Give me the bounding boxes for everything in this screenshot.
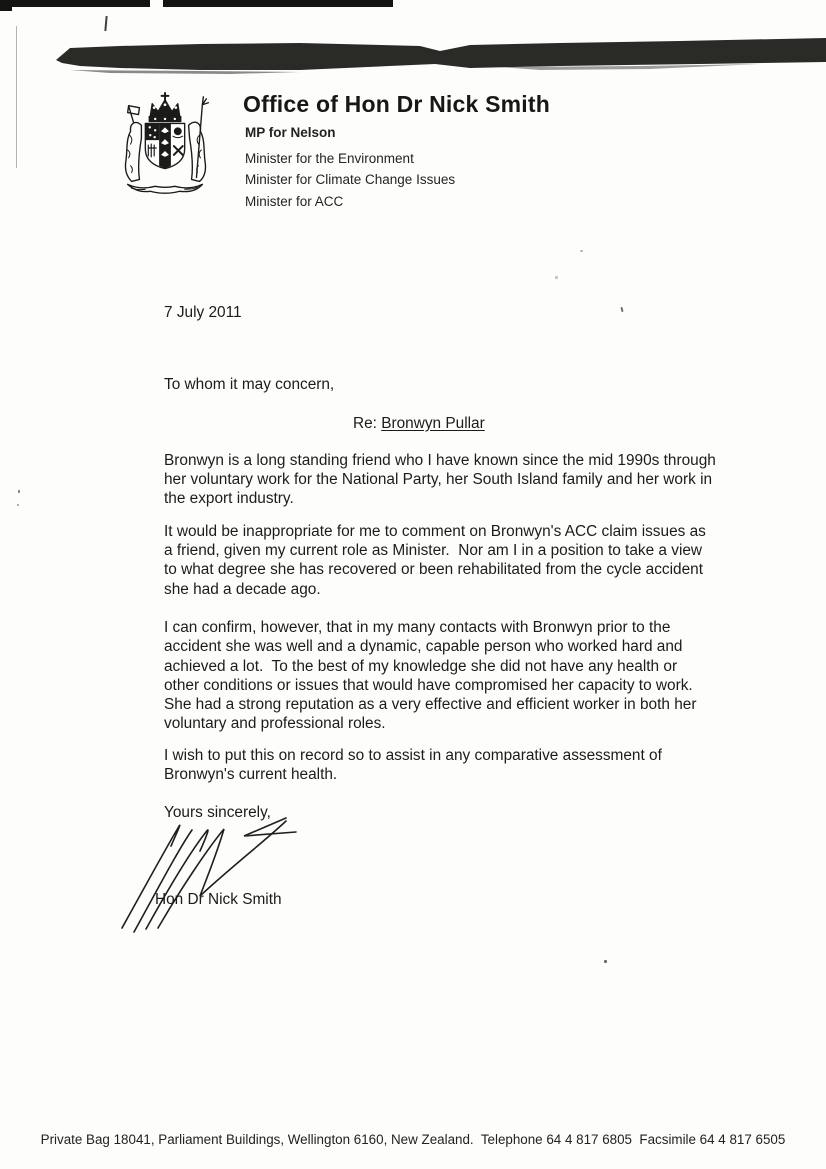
scanned-letter-page: Office of Hon Dr Nick Smith MP for Nelso… <box>0 0 826 1169</box>
scan-speck <box>555 276 558 279</box>
footer-contact-line: Private Bag 18041, Parliament Buildings,… <box>0 1132 826 1147</box>
handwritten-signature <box>116 806 360 938</box>
scan-artifact-corner-mark <box>0 7 12 11</box>
letterhead-roles: MP for Nelson Minister for the Environme… <box>245 122 455 212</box>
letterhead-role-environment: Minister for the Environment <box>245 148 455 170</box>
letter-paragraph: Bronwyn is a long standing friend who I … <box>164 451 716 509</box>
letterhead-role-acc: Minister for ACC <box>245 191 455 213</box>
scan-speck <box>580 250 583 252</box>
letter-paragraph: I wish to put this on record so to assis… <box>164 746 716 785</box>
scan-speck <box>17 504 19 506</box>
scan-artifact-tick <box>104 16 107 31</box>
scan-artifact-streak <box>0 30 826 76</box>
letter-subject-line: Re: Bronwyn Pullar <box>164 414 716 433</box>
scan-speck <box>604 960 607 963</box>
letter-salutation: To whom it may concern, <box>164 375 716 394</box>
letter-body: 7 July 2011 To whom it may concern, Re: … <box>164 303 716 823</box>
letterhead-role-mp: MP for Nelson <box>245 122 455 144</box>
letterhead-office-title: Office of Hon Dr Nick Smith <box>243 91 550 118</box>
letter-signatory: Hon Dr Nick Smith <box>155 891 282 909</box>
subject-name: Bronwyn Pullar <box>381 415 485 432</box>
new-zealand-coat-of-arms <box>106 90 224 205</box>
letter-paragraph: I can confirm, however, that in my many … <box>164 618 716 734</box>
scan-artifact-top-bar-left <box>0 0 150 7</box>
scan-artifact-edge-line <box>16 26 17 168</box>
scan-speck <box>18 490 20 493</box>
letter-paragraph: It would be inappropriate for me to comm… <box>164 522 716 599</box>
scan-artifact-top-bar-right <box>163 0 393 7</box>
subject-prefix: Re: <box>353 415 381 432</box>
letter-date: 7 July 2011 <box>164 303 716 322</box>
letterhead-role-climate: Minister for Climate Change Issues <box>245 169 455 191</box>
